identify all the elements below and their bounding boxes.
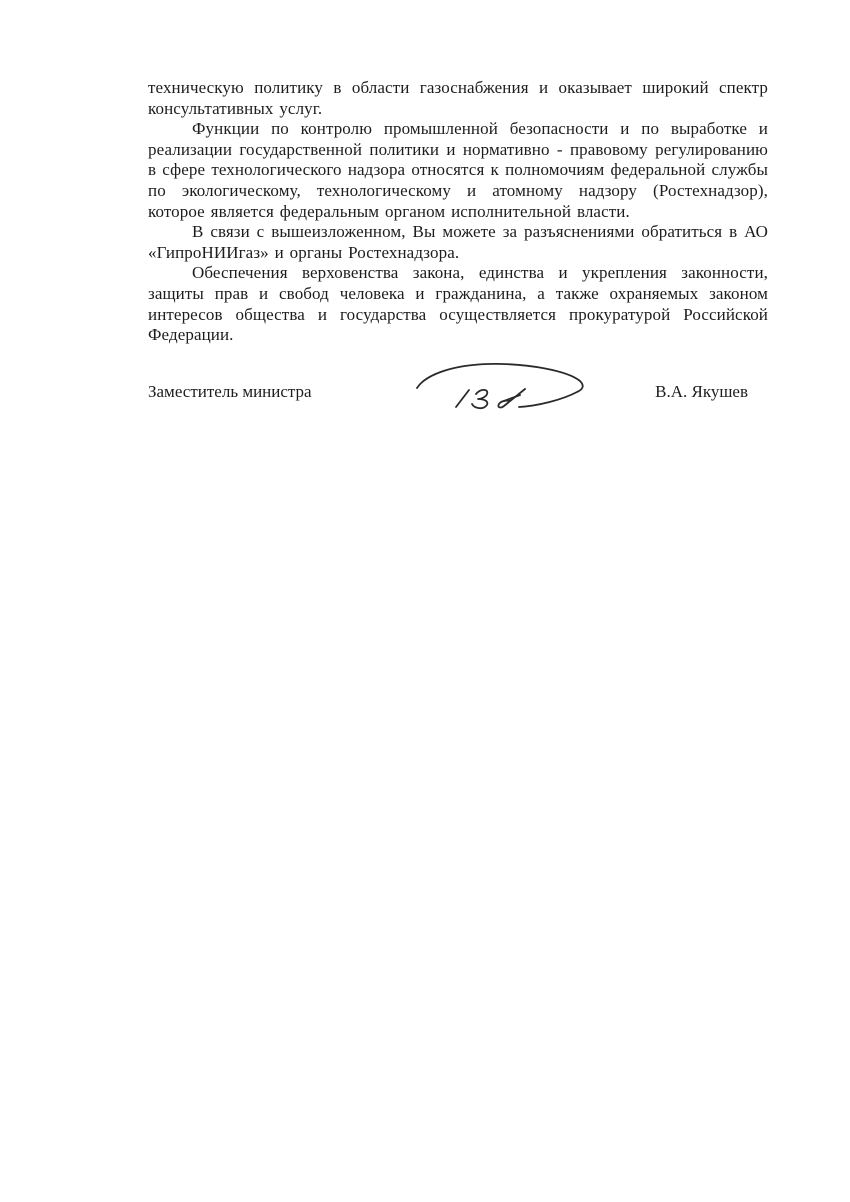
paragraph-prosecutor: Обеспечения верховенства закона, единств… — [148, 263, 768, 345]
letter-body: техническую политику в области газоснабж… — [148, 78, 768, 451]
paragraph-continuation: техническую политику в области газоснабж… — [148, 78, 768, 119]
paragraph-rostekhnadzor-functions: Функции по контролю промышленной безопас… — [148, 119, 768, 222]
handwritten-signature-icon — [400, 354, 620, 444]
paragraph-referral: В связи с вышеизложенном, Вы можете за р… — [148, 222, 768, 263]
body-text: техническую политику в области газоснабж… — [148, 78, 768, 346]
signee-name: В.А. Якушев — [655, 382, 748, 402]
signature-block: Заместитель министра В.А. Якушев — [148, 381, 768, 451]
scanned-letter-page: техническую политику в области газоснабж… — [0, 0, 850, 1202]
position-title: Заместитель министра — [148, 382, 312, 402]
